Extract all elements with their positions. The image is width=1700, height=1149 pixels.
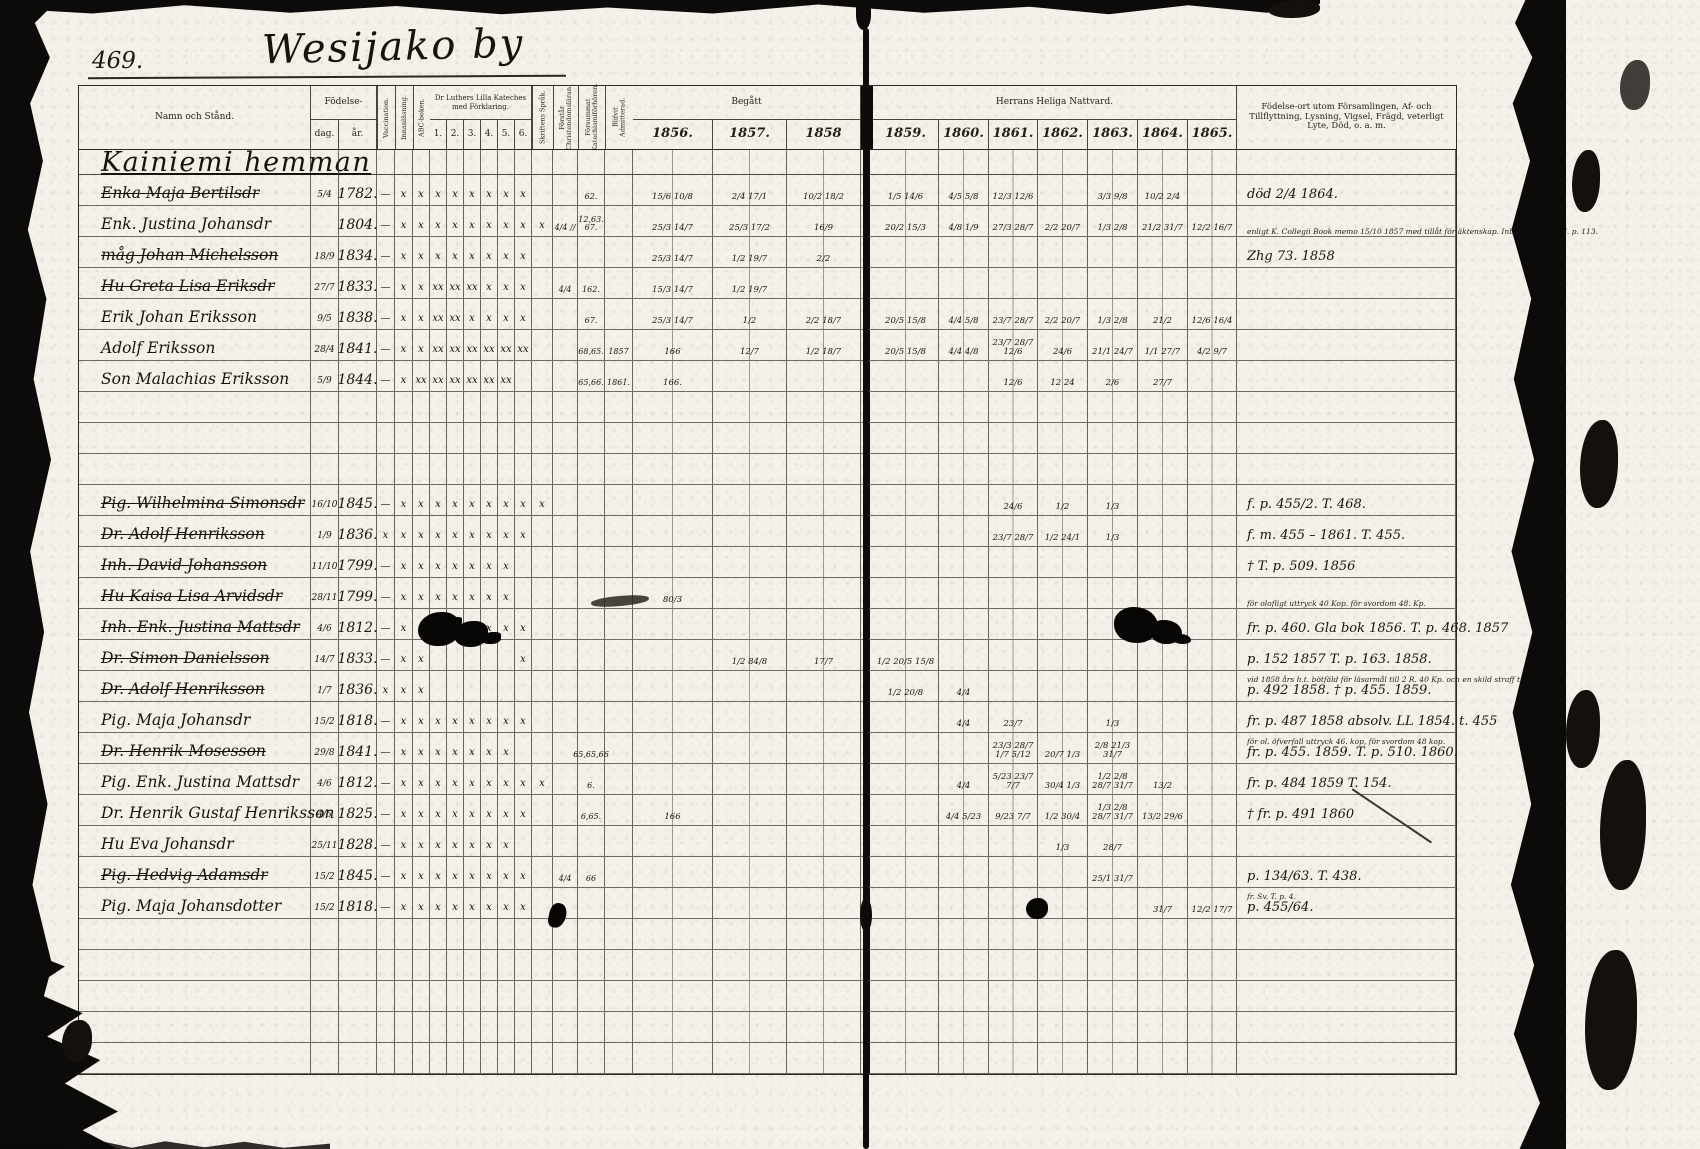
cell-name: Son Malachias Eriksson <box>79 361 311 391</box>
cell-m6 <box>481 1043 498 1073</box>
cell-m9 <box>532 795 553 825</box>
table-row: Pig. Maja Johansdotter15/21818.—xxxxxxxx… <box>79 888 1456 919</box>
cell-m6: x <box>481 888 498 918</box>
cell-m0: — <box>377 268 395 298</box>
person-name: Pig. Enk. Justina Mattsdr <box>101 775 299 795</box>
cell-y1864 <box>1138 857 1188 887</box>
cell-note: f. p. 455/2. T. 468. <box>1237 485 1456 515</box>
cell-day: 15/2 <box>311 857 339 887</box>
cell-m3: x <box>430 206 447 236</box>
cell-y1860: 4/5 5/8 <box>939 175 989 205</box>
cell-name <box>79 1043 311 1073</box>
cell-m3 <box>430 423 447 453</box>
cell-y1858 <box>787 423 861 453</box>
cell-m7: x <box>498 578 515 608</box>
cell-y1864 <box>1138 1043 1188 1073</box>
cell-m6: x <box>481 175 498 205</box>
cell-note: † fr. p. 491 1860 <box>1237 795 1456 825</box>
cell-y1864: 21/2 31/7 <box>1138 206 1188 236</box>
cell-y1862 <box>1038 640 1088 670</box>
cell-m6: x <box>481 547 498 577</box>
cell-skolk <box>578 609 605 639</box>
cell-m7: x <box>498 268 515 298</box>
cell-m6: x <box>481 733 498 763</box>
table-row <box>79 392 1456 423</box>
cell-y1861: 9/23 7/7 <box>989 795 1038 825</box>
cell-y1863 <box>1088 919 1138 949</box>
cell-m2: x <box>413 640 430 670</box>
cell-y1861 <box>989 950 1038 980</box>
cell-admit <box>605 423 633 453</box>
cell-y1856 <box>633 671 713 701</box>
cell-m7 <box>498 671 515 701</box>
cell-day <box>311 150 339 174</box>
cell-y1857 <box>713 826 787 856</box>
header-year-1865: 1865. <box>1188 119 1237 149</box>
cell-y1865 <box>1188 361 1237 391</box>
cell-m5: x <box>464 206 481 236</box>
header-year-1859: 1859. <box>873 119 939 149</box>
cell-m1: x <box>395 671 413 701</box>
cell-m7: x <box>498 826 515 856</box>
cell-m0: — <box>377 888 395 918</box>
cell-y1856: 25/3 14/7 <box>633 237 713 267</box>
cell-y1858 <box>787 485 861 515</box>
cell-day: 14/7 <box>311 640 339 670</box>
cell-forstar <box>553 609 578 639</box>
cell-day: 1/7 <box>311 671 339 701</box>
table-row <box>79 423 1456 454</box>
cell-y1859 <box>873 237 939 267</box>
cell-y1864: 13/2 29/6 <box>1138 795 1188 825</box>
cell-skolk: 6. <box>578 764 605 794</box>
cell-m5: x <box>464 516 481 546</box>
cell-y1858 <box>787 857 861 887</box>
cell-y1858 <box>787 826 861 856</box>
cell-m5: x <box>464 733 481 763</box>
cell-y1856 <box>633 516 713 546</box>
cell-m5: x <box>464 702 481 732</box>
cell-skolk <box>578 950 605 980</box>
cell-m2: x <box>413 764 430 794</box>
cell-y1859 <box>873 981 939 1011</box>
cell-note: död 2/4 1864. <box>1237 175 1456 205</box>
note-fine-print: enligt K. Collegii Book memo 15/10 1857 … <box>1247 228 1455 236</box>
note-text: fr. p. 455. 1859. T. p. 510. 1860. <box>1247 746 1455 763</box>
cell-day <box>311 423 339 453</box>
cell-m2: x <box>413 578 430 608</box>
cell-y1858: 2/2 <box>787 237 861 267</box>
table-row: Son Malachias Eriksson5/91844.—xxxxxxxxx… <box>79 361 1456 392</box>
cell-name: Hu Eva Johansdr <box>79 826 311 856</box>
cell-y1865 <box>1188 175 1237 205</box>
cell-m6: x <box>481 795 498 825</box>
header-year-1863: 1863. <box>1088 119 1138 149</box>
person-name: Inh. Enk. Justina Mattsdr <box>101 620 300 640</box>
cell-m2: x <box>413 795 430 825</box>
cell-y1859 <box>873 702 939 732</box>
cell-y1865 <box>1188 485 1237 515</box>
cell-note <box>1237 1043 1456 1073</box>
cell-y1860 <box>939 516 989 546</box>
cell-skolk: 68,65. <box>578 330 605 360</box>
cell-y1861 <box>989 919 1038 949</box>
cell-m5 <box>464 454 481 484</box>
cell-year: 1836. <box>339 516 377 546</box>
cell-day <box>311 981 339 1011</box>
table-header: Namn och Stånd. Födelse- dag. år. Vaccin… <box>79 86 1456 150</box>
cell-m4: x <box>447 206 464 236</box>
cell-admit <box>605 1012 633 1042</box>
cell-y1863 <box>1088 578 1138 608</box>
cell-y1856 <box>633 1043 713 1073</box>
cell-note <box>1237 299 1456 329</box>
cell-skolk <box>578 888 605 918</box>
cell-y1863 <box>1088 423 1138 453</box>
cell-y1860 <box>939 485 989 515</box>
cell-y1859 <box>873 609 939 639</box>
cell-m8 <box>515 578 532 608</box>
cell-y1856 <box>633 150 713 174</box>
cell-y1862: 1/2 <box>1038 485 1088 515</box>
table-row: Dr. Adolf Henriksson1/71836.xxx1/2 20/84… <box>79 671 1456 702</box>
note-text: † T. p. 509. 1856 <box>1247 560 1455 577</box>
cell-y1861 <box>989 150 1038 174</box>
cell-admit: 1861. <box>605 361 633 391</box>
cell-m7: x <box>498 857 515 887</box>
cell-note: fr. p. 487 1858 absolv. LL 1854. t. 455 <box>1237 702 1456 732</box>
cell-skolk: 162. <box>578 268 605 298</box>
cell-skolk <box>578 150 605 174</box>
cell-day <box>311 950 339 980</box>
cell-admit <box>605 733 633 763</box>
cell-y1861: 23/7 28/7 12/6 <box>989 330 1038 360</box>
cell-y1864 <box>1138 547 1188 577</box>
cell-forstar <box>553 423 578 453</box>
cell-m4: x <box>447 175 464 205</box>
cell-skolk <box>578 919 605 949</box>
cell-y1863: 1/2 2/8 28/7 31/7 <box>1088 764 1138 794</box>
cell-m7 <box>498 919 515 949</box>
note-text: f. p. 455/2. T. 468. <box>1247 498 1455 515</box>
cell-m7: x <box>498 547 515 577</box>
cell-y1864 <box>1138 826 1188 856</box>
cell-admit <box>605 857 633 887</box>
cell-m2: x <box>413 268 430 298</box>
header-catechism-3: 3. <box>464 119 481 149</box>
cell-m4 <box>447 919 464 949</box>
cell-m5 <box>464 150 481 174</box>
cell-m3 <box>430 1012 447 1042</box>
cell-m9 <box>532 330 553 360</box>
cell-skolk <box>578 423 605 453</box>
cell-m3: x <box>430 516 447 546</box>
cell-y1863: 25/1 31/7 <box>1088 857 1138 887</box>
cell-m8 <box>515 919 532 949</box>
cell-m3: x <box>430 888 447 918</box>
cell-y1865: 4/2 9/7 <box>1188 330 1237 360</box>
header-name: Namn och Stånd. <box>79 86 311 149</box>
cell-skolk <box>578 826 605 856</box>
cell-m4: x <box>447 578 464 608</box>
cell-y1857 <box>713 857 787 887</box>
cell-day: 25/11 <box>311 826 339 856</box>
cell-m7: xx <box>498 330 515 360</box>
cell-m4 <box>447 423 464 453</box>
cell-y1860 <box>939 888 989 918</box>
cell-note <box>1237 392 1456 422</box>
cell-y1865 <box>1188 423 1237 453</box>
cell-m7: x <box>498 485 515 515</box>
cell-day <box>311 454 339 484</box>
cell-y1856 <box>633 454 713 484</box>
cell-y1861: 23/3 28/7 1/7 5/12 <box>989 733 1038 763</box>
cell-y1862 <box>1038 702 1088 732</box>
cell-m4: x <box>447 485 464 515</box>
cell-forstar <box>553 299 578 329</box>
cell-skolk <box>578 981 605 1011</box>
person-name: Inh. David Johansson <box>101 558 267 578</box>
header-catechism-1: 1. <box>430 119 447 149</box>
cell-year <box>339 454 377 484</box>
cell-skolk <box>578 392 605 422</box>
cell-m7: x <box>498 175 515 205</box>
cell-m0 <box>377 423 395 453</box>
cell-m3 <box>430 150 447 174</box>
cell-m6: x <box>481 485 498 515</box>
cell-m8: x <box>515 640 532 670</box>
cell-m4 <box>447 950 464 980</box>
table-row: Dr. Henrik Mosesson29/81841.—xxxxxxx65,6… <box>79 733 1456 764</box>
cell-y1864: 1/1 27/7 <box>1138 330 1188 360</box>
cell-y1856 <box>633 888 713 918</box>
cell-y1861 <box>989 671 1038 701</box>
cell-y1860: 4/4 <box>939 702 989 732</box>
page-title: Wesijako by <box>261 21 524 74</box>
cell-y1858 <box>787 609 861 639</box>
cell-m4: x <box>447 826 464 856</box>
cell-name: måg Johan Michelsson <box>79 237 311 267</box>
cell-note: f. m. 455 – 1861. T. 455. <box>1237 516 1456 546</box>
cell-m6: x <box>481 299 498 329</box>
cell-name: Adolf Eriksson <box>79 330 311 360</box>
cell-m1 <box>395 423 413 453</box>
cell-m0: x <box>377 671 395 701</box>
cell-m0 <box>377 919 395 949</box>
cell-m1: x <box>395 516 413 546</box>
person-name: Enka Maja Bertilsdr <box>101 186 259 206</box>
header-nattvard: Herrans Heliga Nattvard. <box>873 86 1237 119</box>
cell-m2: x <box>413 330 430 360</box>
cell-admit <box>605 609 633 639</box>
cell-m4 <box>447 1012 464 1042</box>
cell-m5: x <box>464 857 481 887</box>
cell-y1862: 1/2 30/4 <box>1038 795 1088 825</box>
cell-m1: x <box>395 206 413 236</box>
table-row: Pig. Enk. Justina Mattsdr4/61812.—xxxxxx… <box>79 764 1456 795</box>
cell-m8: x <box>515 175 532 205</box>
cell-admit <box>605 392 633 422</box>
cell-note: vid 1858 års h.t. bötfäld för läsarmål t… <box>1237 671 1456 701</box>
cell-m1: x <box>395 485 413 515</box>
table-row: måg Johan Michelsson18/91834.—xxxxxxxx25… <box>79 237 1456 268</box>
cell-y1863 <box>1088 392 1138 422</box>
cell-y1861: 12/3 12/6 <box>989 175 1038 205</box>
cell-year <box>339 392 377 422</box>
header-birth-year: år. <box>339 119 377 149</box>
cell-m5 <box>464 671 481 701</box>
header-admitted: Blifvit Admitterad. <box>605 86 633 149</box>
cell-m4 <box>447 392 464 422</box>
cell-y1865 <box>1188 609 1237 639</box>
cell-skolk <box>578 454 605 484</box>
cell-name: Dr. Adolf Henriksson <box>79 671 311 701</box>
cell-y1865 <box>1188 795 1237 825</box>
cell-note: Zhg 73. 1858 <box>1237 237 1456 267</box>
cell-y1859 <box>873 919 939 949</box>
cell-y1860 <box>939 578 989 608</box>
cell-y1861: 23/7 28/7 <box>989 299 1038 329</box>
cell-name: Hu Greta Lisa Eriksdr <box>79 268 311 298</box>
cell-y1864: 10/2 2/4 <box>1138 175 1188 205</box>
cell-m1: x <box>395 330 413 360</box>
cell-m3 <box>430 981 447 1011</box>
cell-y1860: 4/4 <box>939 764 989 794</box>
note-text: fr. p. 484 1859 T. 154. <box>1247 777 1455 794</box>
cell-note <box>1237 423 1456 453</box>
cell-m7: x <box>498 299 515 329</box>
cell-skolk <box>578 1043 605 1073</box>
cell-y1863 <box>1088 888 1138 918</box>
cell-y1857: 12/7 <box>713 330 787 360</box>
cell-y1865 <box>1188 516 1237 546</box>
cell-y1864: 31/7 <box>1138 888 1188 918</box>
cell-m8 <box>515 361 532 391</box>
cell-y1861 <box>989 423 1038 453</box>
cell-m5 <box>464 981 481 1011</box>
cell-day: 28/11 <box>311 578 339 608</box>
cell-m6: x <box>481 826 498 856</box>
cell-m1 <box>395 454 413 484</box>
cell-y1856 <box>633 826 713 856</box>
person-name: Dr. Simon Danielsson <box>101 651 269 671</box>
cell-day <box>311 1043 339 1073</box>
cell-m4 <box>447 981 464 1011</box>
cell-y1862 <box>1038 175 1088 205</box>
table-row: Hu Greta Lisa Eriksdr27/71833.—xxxxxxxxx… <box>79 268 1456 299</box>
cell-y1862: 24/6 <box>1038 330 1088 360</box>
cell-m3 <box>430 671 447 701</box>
cell-y1860: 4/8 1/9 <box>939 206 989 236</box>
cell-year: 1845. <box>339 485 377 515</box>
cell-y1857: 1/2 84/8 <box>713 640 787 670</box>
cell-y1865 <box>1188 547 1237 577</box>
cell-forstar <box>553 175 578 205</box>
cell-y1865 <box>1188 578 1237 608</box>
cell-y1865 <box>1188 392 1237 422</box>
cell-m8: x <box>515 857 532 887</box>
cell-note: enligt K. Collegii Book memo 15/10 1857 … <box>1237 206 1456 236</box>
cell-m3: x <box>430 826 447 856</box>
cell-m2 <box>413 919 430 949</box>
cell-y1860 <box>939 423 989 453</box>
cell-y1860 <box>939 640 989 670</box>
cell-m3: xx <box>430 299 447 329</box>
cell-y1863 <box>1088 454 1138 484</box>
cell-y1857 <box>713 423 787 453</box>
cell-m6: x <box>481 516 498 546</box>
cell-m4: x <box>447 547 464 577</box>
person-name: Hu Kaisa Lisa Arvidsdr <box>101 589 282 609</box>
cell-m4: x <box>447 702 464 732</box>
cell-name: Inh. David Johansson <box>79 547 311 577</box>
cell-y1861: 5/23 23/7 7/7 <box>989 764 1038 794</box>
cell-m4: xx <box>447 299 464 329</box>
cell-name <box>79 981 311 1011</box>
cell-y1862 <box>1038 919 1088 949</box>
cell-m9 <box>532 423 553 453</box>
note-text: fr. p. 460. Gla bok 1856. T. p. 468. 185… <box>1247 622 1455 639</box>
cell-m7 <box>498 423 515 453</box>
person-name: Pig. Maja Johansdr <box>101 713 250 733</box>
cell-y1856 <box>633 640 713 670</box>
cell-day: 5/9 <box>311 361 339 391</box>
cell-m6: x <box>481 764 498 794</box>
cell-y1860: 4/4 5/23 <box>939 795 989 825</box>
cell-m3: xx <box>430 361 447 391</box>
person-name: Pig. Maja Johansdotter <box>101 899 281 919</box>
cell-y1864 <box>1138 671 1188 701</box>
person-name: Pig. Hedvig Adamsdr <box>101 868 268 888</box>
cell-m2: x <box>413 175 430 205</box>
cell-year: 1841. <box>339 330 377 360</box>
cell-m7: x <box>498 702 515 732</box>
cell-m0 <box>377 981 395 1011</box>
header-missed: Försummat Katechismiförhören. <box>578 86 605 149</box>
cell-m4: x <box>447 733 464 763</box>
cell-note: fr. p. 484 1859 T. 154. <box>1237 764 1456 794</box>
cell-y1864 <box>1138 150 1188 174</box>
cell-m0 <box>377 392 395 422</box>
header-year-1858: 1858 <box>787 119 861 149</box>
cell-m3: x <box>430 578 447 608</box>
cell-day: 28/4 <box>311 330 339 360</box>
cell-m3: x <box>430 733 447 763</box>
header-catechism-2: 2. <box>447 119 464 149</box>
cell-m8: xx <box>515 330 532 360</box>
header-year-1862: 1862. <box>1038 119 1088 149</box>
cell-y1862 <box>1038 578 1088 608</box>
cell-y1859 <box>873 764 939 794</box>
cell-year <box>339 423 377 453</box>
cell-day <box>311 919 339 949</box>
cell-m9 <box>532 857 553 887</box>
header-catechism-6: 6. <box>515 119 532 149</box>
cell-forstar <box>553 981 578 1011</box>
cell-m2 <box>413 150 430 174</box>
cell-y1860 <box>939 454 989 484</box>
cell-skolk: 65,66. <box>578 361 605 391</box>
header-notes: Födelse-ort utom Församlingen, Af- och T… <box>1237 86 1456 149</box>
cell-y1857 <box>713 578 787 608</box>
cell-m1: x <box>395 826 413 856</box>
cell-forstar <box>553 950 578 980</box>
cell-y1859 <box>873 392 939 422</box>
cell-m5: xx <box>464 330 481 360</box>
cell-m2 <box>413 454 430 484</box>
cell-m4: xx <box>447 330 464 360</box>
cell-m8: x <box>515 237 532 267</box>
